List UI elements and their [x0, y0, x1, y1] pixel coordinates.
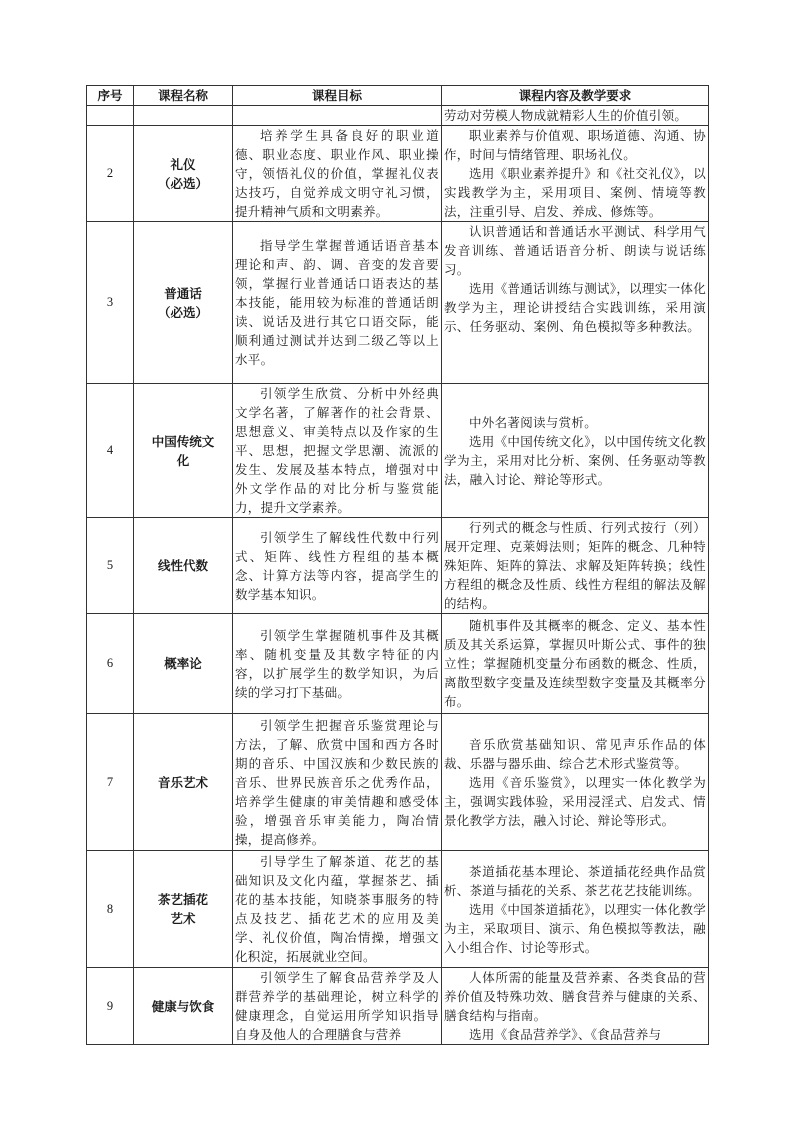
course-name: 茶艺插花: [136, 890, 230, 909]
cell-num: 9: [87, 968, 134, 1045]
course-name: 普通话: [136, 284, 230, 303]
cell-name: 中国传统文化: [134, 384, 233, 518]
course-table: 序号 课程名称 课程目标 课程内容及教学要求 劳动对劳模人物成就精彩人生的价值引…: [86, 85, 709, 1045]
content-text: 选用《普通话训练与测试》，以理实一体化教学为主，理论讲授结合实践训练，采用演示、…: [444, 279, 706, 336]
cell-goal: 引领学生了解线性代数中行列式、矩阵、线性方程组的基本概念、计算方法等内容，提高学…: [233, 518, 442, 614]
content-text: 选用《职业素养提升》和《社交礼仪》，以实践教学为主，采用项目、案例、情境等教法，…: [444, 164, 706, 221]
cell-goal: [233, 106, 442, 126]
course-name: 线性代数: [136, 556, 230, 575]
course-name-note: （必选）: [136, 303, 230, 322]
cell-content: 中外名著阅读与赏析。选用《中国传统文化》，以中国传统文化教学为主，采用对比分析、…: [442, 384, 709, 518]
course-name-note: 艺术: [136, 909, 230, 928]
header-num: 序号: [87, 86, 134, 106]
cell-num: [87, 106, 134, 126]
cell-name: 概率论: [134, 614, 233, 714]
content-text: 中外名著阅读与赏析。: [444, 413, 706, 432]
cell-num: 5: [87, 518, 134, 614]
cell-name: 礼仪（必选）: [134, 126, 233, 222]
content-text: 随机事件及其概率的概念、定义、基本性质及其关系运算，掌握贝叶斯公式、事件的独立性…: [444, 616, 706, 711]
content-text: 茶道插花基本理论、茶道插花经典作品赏析、茶道与插花的关系、茶艺花艺技能训练。: [444, 862, 706, 900]
table-row: 8 茶艺插花艺术 引导学生了解茶道、花艺的基础知识及文化内蕴，掌握茶艺、插花的基…: [87, 851, 709, 968]
goal-text: 引领学生把握音乐鉴赏理论与方法，了解、欣赏中国和西方各时期的音乐、中国汉族和少数…: [235, 716, 439, 849]
table-row: 7 音乐艺术 引领学生把握音乐鉴赏理论与方法，了解、欣赏中国和西方各时期的音乐、…: [87, 714, 709, 851]
cell-name: [134, 106, 233, 126]
course-name-note: 化: [136, 451, 230, 470]
cell-content: 劳动对劳模人物成就精彩人生的价值引领。: [442, 106, 709, 126]
cell-name: 茶艺插花艺术: [134, 851, 233, 968]
content-text: 人体所需的能量及营养素、各类食品的营养价值及特殊功效、膳食营养与健康的关系、膳食…: [444, 968, 706, 1025]
cell-goal: 引领学生把握音乐鉴赏理论与方法，了解、欣赏中国和西方各时期的音乐、中国汉族和少数…: [233, 714, 442, 851]
cell-num: 2: [87, 126, 134, 222]
header-name: 课程名称: [134, 86, 233, 106]
cell-content: 认识普通话和普通话水平测试、科学用气发音训练、普通话语音分析、朗读与说话练习。选…: [442, 222, 709, 384]
cell-content: 随机事件及其概率的概念、定义、基本性质及其关系运算，掌握贝叶斯公式、事件的独立性…: [442, 614, 709, 714]
cell-name: 普通话（必选）: [134, 222, 233, 384]
table-row: 4 中国传统文化 引领学生欣赏、分析中外经典文学名著，了解著作的社会背景、思想意…: [87, 384, 709, 518]
course-name-note: （必选）: [136, 174, 230, 193]
goal-text: 引领学生掌握随机事件及其概率、随机变量及其数字特征的内容，以扩展学生的数学知识，…: [235, 626, 439, 702]
cell-num: 3: [87, 222, 134, 384]
cell-goal: 引领学生了解食品营养学及人群营养学的基础理论，树立科学的健康理念，自觉运用所学知…: [233, 968, 442, 1045]
table-row: 9 健康与饮食 引领学生了解食品营养学及人群营养学的基础理论，树立科学的健康理念…: [87, 968, 709, 1045]
header-row: 序号 课程名称 课程目标 课程内容及教学要求: [87, 86, 709, 106]
cell-content: 行列式的概念与性质、行列式按行（列）展开定理、克莱姆法则；矩阵的概念、几种特殊矩…: [442, 518, 709, 614]
table-row: 3 普通话（必选） 指导学生掌握普通话语音基本理论和声、韵、调、音变的发音要领，…: [87, 222, 709, 384]
cell-content: 职业素养与价值观、职场道德、沟通、协作，时间与情绪管理、职场礼仪。选用《职业素养…: [442, 126, 709, 222]
cell-goal: 引导学生了解茶道、花艺的基础知识及文化内蕴，掌握茶艺、插花的基本技能，知晓茶事服…: [233, 851, 442, 968]
cell-goal: 指导学生掌握普通话语音基本理论和声、韵、调、音变的发音要领，掌握行业普通话口语表…: [233, 222, 442, 384]
cell-content: 音乐欣赏基础知识、常见声乐作品的体裁、乐器与器乐曲、综合艺术形式鉴赏等。选用《音…: [442, 714, 709, 851]
cell-num: 7: [87, 714, 134, 851]
cell-num: 4: [87, 384, 134, 518]
course-name: 礼仪: [136, 155, 230, 174]
cell-name: 健康与饮食: [134, 968, 233, 1045]
cell-num: 8: [87, 851, 134, 968]
continuation-row: 劳动对劳模人物成就精彩人生的价值引领。: [87, 106, 709, 126]
cell-goal: 引领学生欣赏、分析中外经典文学名著，了解著作的社会背景、思想意义、审美特点以及作…: [233, 384, 442, 518]
content-text: 劳动对劳模人物成就精彩人生的价值引领。: [444, 106, 706, 125]
goal-text: 引领学生了解食品营养学及人群营养学的基础理论，树立科学的健康理念，自觉运用所学知…: [235, 968, 439, 1044]
content-text: 选用《中国茶道插花》，以理实一体化教学为主，采取项目、演示、角色模拟等教法，融入…: [444, 900, 706, 957]
content-text: 选用《中国传统文化》，以中国传统文化教学为主，采用对比分析、案例、任务驱动等教法…: [444, 432, 706, 489]
course-name: 中国传统文: [136, 432, 230, 451]
course-name: 音乐艺术: [136, 773, 230, 792]
cell-goal: 培养学生具备良好的职业道德、职业态度、职业作风、职业操守，领悟礼仪的价值，掌握礼…: [233, 126, 442, 222]
cell-content: 人体所需的能量及营养素、各类食品的营养价值及特殊功效、膳食营养与健康的关系、膳食…: [442, 968, 709, 1045]
content-text: 职业素养与价值观、职场道德、沟通、协作，时间与情绪管理、职场礼仪。: [444, 126, 706, 164]
goal-text: 指导学生掌握普通话语音基本理论和声、韵、调、音变的发音要领，掌握行业普通话口语表…: [235, 236, 439, 369]
cell-name: 线性代数: [134, 518, 233, 614]
course-name: 健康与饮食: [136, 997, 230, 1016]
goal-text: 培养学生具备良好的职业道德、职业态度、职业作风、职业操守，领悟礼仪的价值，掌握礼…: [235, 126, 439, 221]
course-name: 概率论: [136, 654, 230, 673]
content-text: 音乐欣赏基础知识、常见声乐作品的体裁、乐器与器乐曲、综合艺术形式鉴赏等。: [444, 735, 706, 773]
content-text: 选用《音乐鉴赏》，以理实一体化教学为主，强调实践体验，采用浸淫式、启发式、情景化…: [444, 773, 706, 830]
cell-goal: 引领学生掌握随机事件及其概率、随机变量及其数字特征的内容，以扩展学生的数学知识，…: [233, 614, 442, 714]
table-row: 5 线性代数 引领学生了解线性代数中行列式、矩阵、线性方程组的基本概念、计算方法…: [87, 518, 709, 614]
table-row: 6 概率论 引领学生掌握随机事件及其概率、随机变量及其数字特征的内容，以扩展学生…: [87, 614, 709, 714]
goal-text: 引导学生了解茶道、花艺的基础知识及文化内蕴，掌握茶艺、插花的基本技能，知晓茶事服…: [235, 852, 439, 966]
table-row: 2 礼仪（必选） 培养学生具备良好的职业道德、职业态度、职业作风、职业操守，领悟…: [87, 126, 709, 222]
cell-name: 音乐艺术: [134, 714, 233, 851]
goal-text: 引领学生了解线性代数中行列式、矩阵、线性方程组的基本概念、计算方法等内容，提高学…: [235, 528, 439, 604]
content-text: 认识普通话和普通话水平测试、科学用气发音训练、普通话语音分析、朗读与说话练习。: [444, 222, 706, 279]
goal-text: 引领学生欣赏、分析中外经典文学名著，了解著作的社会背景、思想意义、审美特点以及作…: [235, 384, 439, 517]
content-text: 行列式的概念与性质、行列式按行（列）展开定理、克莱姆法则；矩阵的概念、几种特殊矩…: [444, 518, 706, 613]
cell-content: 茶道插花基本理论、茶道插花经典作品赏析、茶道与插花的关系、茶艺花艺技能训练。选用…: [442, 851, 709, 968]
header-goal: 课程目标: [233, 86, 442, 106]
content-text: 选用《食品营养学》、《食品营养与: [444, 1025, 706, 1044]
cell-num: 6: [87, 614, 134, 714]
header-content: 课程内容及教学要求: [442, 86, 709, 106]
